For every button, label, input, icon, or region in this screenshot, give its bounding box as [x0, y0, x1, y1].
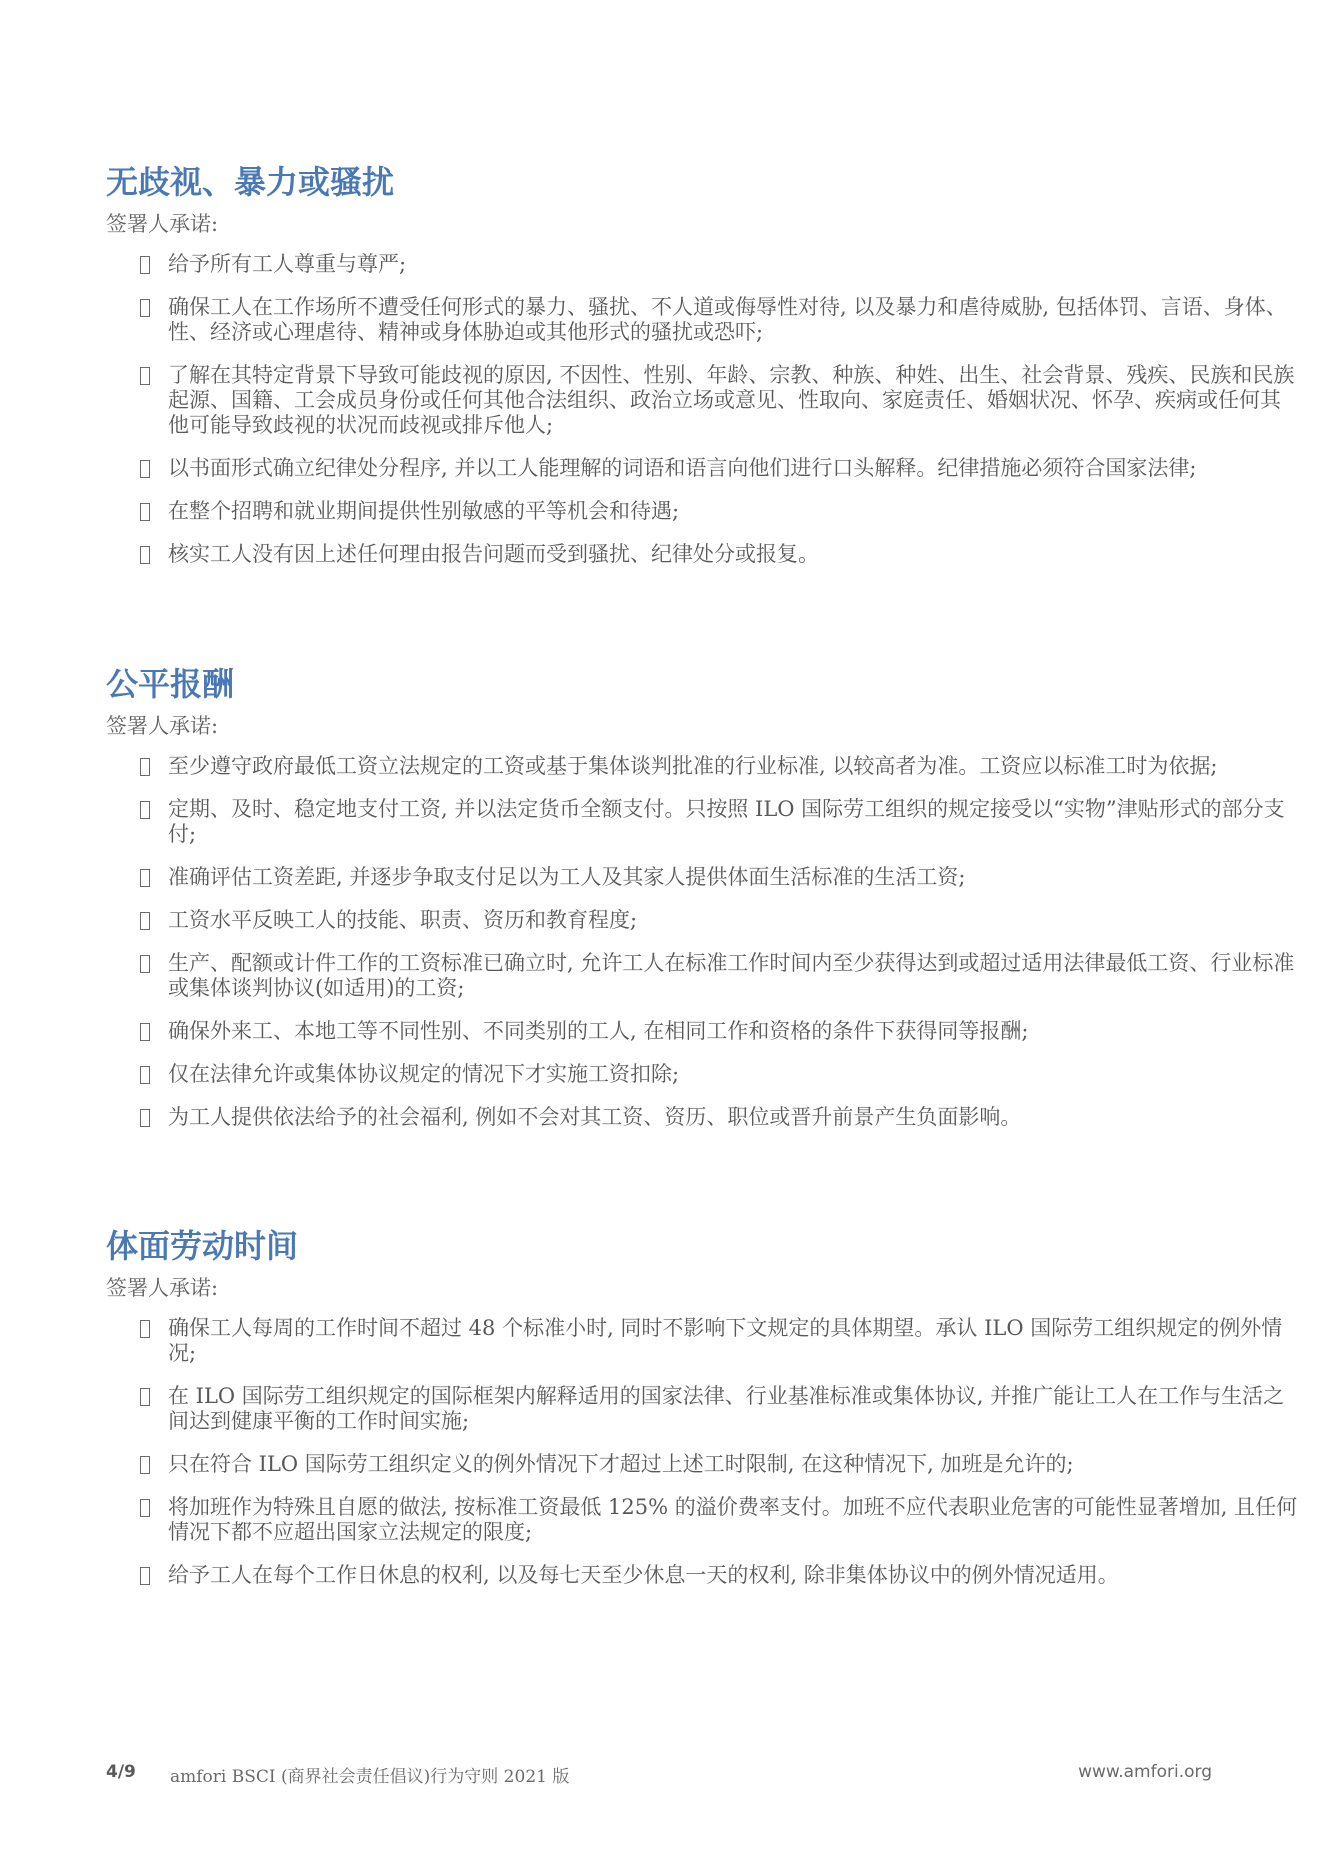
- item-text: 为工人提供依法给予的社会福利, 例如不会对其工资、资历、职位或晋升前景产生负面影…: [168, 1105, 1021, 1129]
- item-text: 仅在法律允许或集体协议规定的情况下才实施工资扣除;: [168, 1062, 679, 1086]
- section-non-discrimination: 无歧视、暴力或骚扰 签署人承诺: 给予所有工人尊重与尊严; 确保工人在工作场所不…: [106, 162, 1206, 585]
- checkbox-bullet-icon: [140, 1023, 150, 1041]
- item-text: 在整个招聘和就业期间提供性别敏感的平等机会和待遇;: [168, 499, 679, 523]
- checkbox-bullet-icon: [140, 955, 150, 973]
- list-item: 仅在法律允许或集体协议规定的情况下才实施工资扣除;: [106, 1062, 1298, 1087]
- list-item: 给予工人在每个工作日休息的权利, 以及每七天至少休息一天的权利, 除非集体协议中…: [106, 1563, 1298, 1588]
- item-text: 将加班作为特殊且自愿的做法, 按标准工资最低 125% 的溢价费率支付。加班不应…: [168, 1495, 1297, 1544]
- commitment-list: 至少遵守政府最低工资立法规定的工资或基于集体谈判批准的行业标准, 以较高者为准。…: [106, 754, 1206, 1130]
- checkbox-bullet-icon: [140, 912, 150, 930]
- checkbox-bullet-icon: [140, 758, 150, 776]
- list-item: 在整个招聘和就业期间提供性别敏感的平等机会和待遇;: [106, 499, 1298, 524]
- item-text: 给予所有工人尊重与尊严;: [168, 252, 406, 276]
- section-intro: 签署人承诺:: [106, 210, 1206, 238]
- item-text: 确保外来工、本地工等不同性别、不同类别的工人, 在相同工作和资格的条件下获得同等…: [168, 1019, 1028, 1043]
- footer-website-link[interactable]: www.amfori.org: [1078, 1762, 1212, 1782]
- item-text: 以书面形式确立纪律处分程序, 并以工人能理解的词语和语言向他们进行口头解释。纪律…: [168, 456, 1196, 480]
- commitment-list: 确保工人每周的工作时间不超过 48 个标准小时, 同时不影响下文规定的具体期望。…: [106, 1316, 1206, 1588]
- checkbox-bullet-icon: [140, 1320, 150, 1338]
- checkbox-bullet-icon: [140, 460, 150, 478]
- checkbox-bullet-icon: [140, 1109, 150, 1127]
- item-text: 确保工人在工作场所不遭受任何形式的暴力、骚扰、不人道或侮辱性对待, 以及暴力和虐…: [168, 295, 1287, 344]
- list-item: 了解在其特定背景下导致可能歧视的原因, 不因性、性别、年龄、宗教、种族、种姓、出…: [106, 363, 1298, 438]
- list-item: 给予所有工人尊重与尊严;: [106, 252, 1298, 277]
- section-title: 体面劳动时间: [106, 1226, 1206, 1266]
- checkbox-bullet-icon: [140, 1567, 150, 1585]
- checkbox-bullet-icon: [140, 1388, 150, 1406]
- list-item: 核实工人没有因上述任何理由报告问题而受到骚扰、纪律处分或报复。: [106, 542, 1298, 567]
- checkbox-bullet-icon: [140, 546, 150, 564]
- item-text: 至少遵守政府最低工资立法规定的工资或基于集体谈判批准的行业标准, 以较高者为准。…: [168, 754, 1217, 778]
- item-text: 核实工人没有因上述任何理由报告问题而受到骚扰、纪律处分或报复。: [168, 542, 819, 566]
- item-text: 确保工人每周的工作时间不超过 48 个标准小时, 同时不影响下文规定的具体期望。…: [168, 1316, 1282, 1365]
- section-title: 无歧视、暴力或骚扰: [106, 162, 1206, 202]
- checkbox-bullet-icon: [140, 1066, 150, 1084]
- checkbox-bullet-icon: [140, 1499, 150, 1517]
- list-item: 生产、配额或计件工作的工资标准已确立时, 允许工人在标准工作时间内至少获得达到或…: [106, 951, 1298, 1001]
- page-footer: 4/9 amfori BSCI (商界社会责任倡议)行为守则 2021 版 ww…: [106, 1762, 1212, 1786]
- list-item: 至少遵守政府最低工资立法规定的工资或基于集体谈判批准的行业标准, 以较高者为准。…: [106, 754, 1298, 779]
- commitment-list: 给予所有工人尊重与尊严; 确保工人在工作场所不遭受任何形式的暴力、骚扰、不人道或…: [106, 252, 1206, 567]
- item-text: 只在符合 ILO 国际劳工组织定义的例外情况下才超过上述工时限制, 在这种情况下…: [168, 1452, 1074, 1476]
- section-intro: 签署人承诺:: [106, 712, 1206, 740]
- list-item: 确保工人每周的工作时间不超过 48 个标准小时, 同时不影响下文规定的具体期望。…: [106, 1316, 1298, 1366]
- list-item: 确保外来工、本地工等不同性别、不同类别的工人, 在相同工作和资格的条件下获得同等…: [106, 1019, 1298, 1044]
- checkbox-bullet-icon: [140, 299, 150, 317]
- checkbox-bullet-icon: [140, 1456, 150, 1474]
- item-text: 生产、配额或计件工作的工资标准已确立时, 允许工人在标准工作时间内至少获得达到或…: [168, 951, 1294, 1000]
- item-text: 准确评估工资差距, 并逐步争取支付足以为工人及其家人提供体面生活标准的生活工资;: [168, 865, 965, 889]
- list-item: 只在符合 ILO 国际劳工组织定义的例外情况下才超过上述工时限制, 在这种情况下…: [106, 1452, 1298, 1477]
- item-text: 了解在其特定背景下导致可能歧视的原因, 不因性、性别、年龄、宗教、种族、种姓、出…: [168, 363, 1294, 437]
- list-item: 为工人提供依法给予的社会福利, 例如不会对其工资、资历、职位或晋升前景产生负面影…: [106, 1105, 1298, 1130]
- item-text: 定期、及时、稳定地支付工资, 并以法定货币全额支付。只按照 ILO 国际劳工组织…: [168, 797, 1285, 846]
- checkbox-bullet-icon: [140, 801, 150, 819]
- checkbox-bullet-icon: [140, 503, 150, 521]
- list-item: 定期、及时、稳定地支付工资, 并以法定货币全额支付。只按照 ILO 国际劳工组织…: [106, 797, 1298, 847]
- document-page: 无歧视、暴力或骚扰 签署人承诺: 给予所有工人尊重与尊严; 确保工人在工作场所不…: [0, 0, 1322, 1869]
- list-item: 以书面形式确立纪律处分程序, 并以工人能理解的词语和语言向他们进行口头解释。纪律…: [106, 456, 1298, 481]
- checkbox-bullet-icon: [140, 256, 150, 274]
- item-text: 工资水平反映工人的技能、职责、资历和教育程度;: [168, 908, 637, 932]
- list-item: 准确评估工资差距, 并逐步争取支付足以为工人及其家人提供体面生活标准的生活工资;: [106, 865, 1298, 890]
- checkbox-bullet-icon: [140, 367, 150, 385]
- list-item: 将加班作为特殊且自愿的做法, 按标准工资最低 125% 的溢价费率支付。加班不应…: [106, 1495, 1298, 1545]
- page-number: 4/9: [106, 1762, 136, 1782]
- list-item: 工资水平反映工人的技能、职责、资历和教育程度;: [106, 908, 1298, 933]
- item-text: 给予工人在每个工作日休息的权利, 以及每七天至少休息一天的权利, 除非集体协议中…: [168, 1563, 1119, 1587]
- section-fair-remuneration: 公平报酬 签署人承诺: 至少遵守政府最低工资立法规定的工资或基于集体谈判批准的行…: [106, 664, 1206, 1148]
- list-item: 在 ILO 国际劳工组织规定的国际框架内解释适用的国家法律、行业基准标准或集体协…: [106, 1384, 1298, 1434]
- section-decent-working-hours: 体面劳动时间 签署人承诺: 确保工人每周的工作时间不超过 48 个标准小时, 同…: [106, 1226, 1206, 1606]
- list-item: 确保工人在工作场所不遭受任何形式的暴力、骚扰、不人道或侮辱性对待, 以及暴力和虐…: [106, 295, 1298, 345]
- item-text: 在 ILO 国际劳工组织规定的国际框架内解释适用的国家法律、行业基准标准或集体协…: [168, 1384, 1284, 1433]
- section-title: 公平报酬: [106, 664, 1206, 704]
- footer-document-title: amfori BSCI (商界社会责任倡议)行为守则 2021 版: [170, 1762, 569, 1787]
- checkbox-bullet-icon: [140, 869, 150, 887]
- section-intro: 签署人承诺:: [106, 1274, 1206, 1302]
